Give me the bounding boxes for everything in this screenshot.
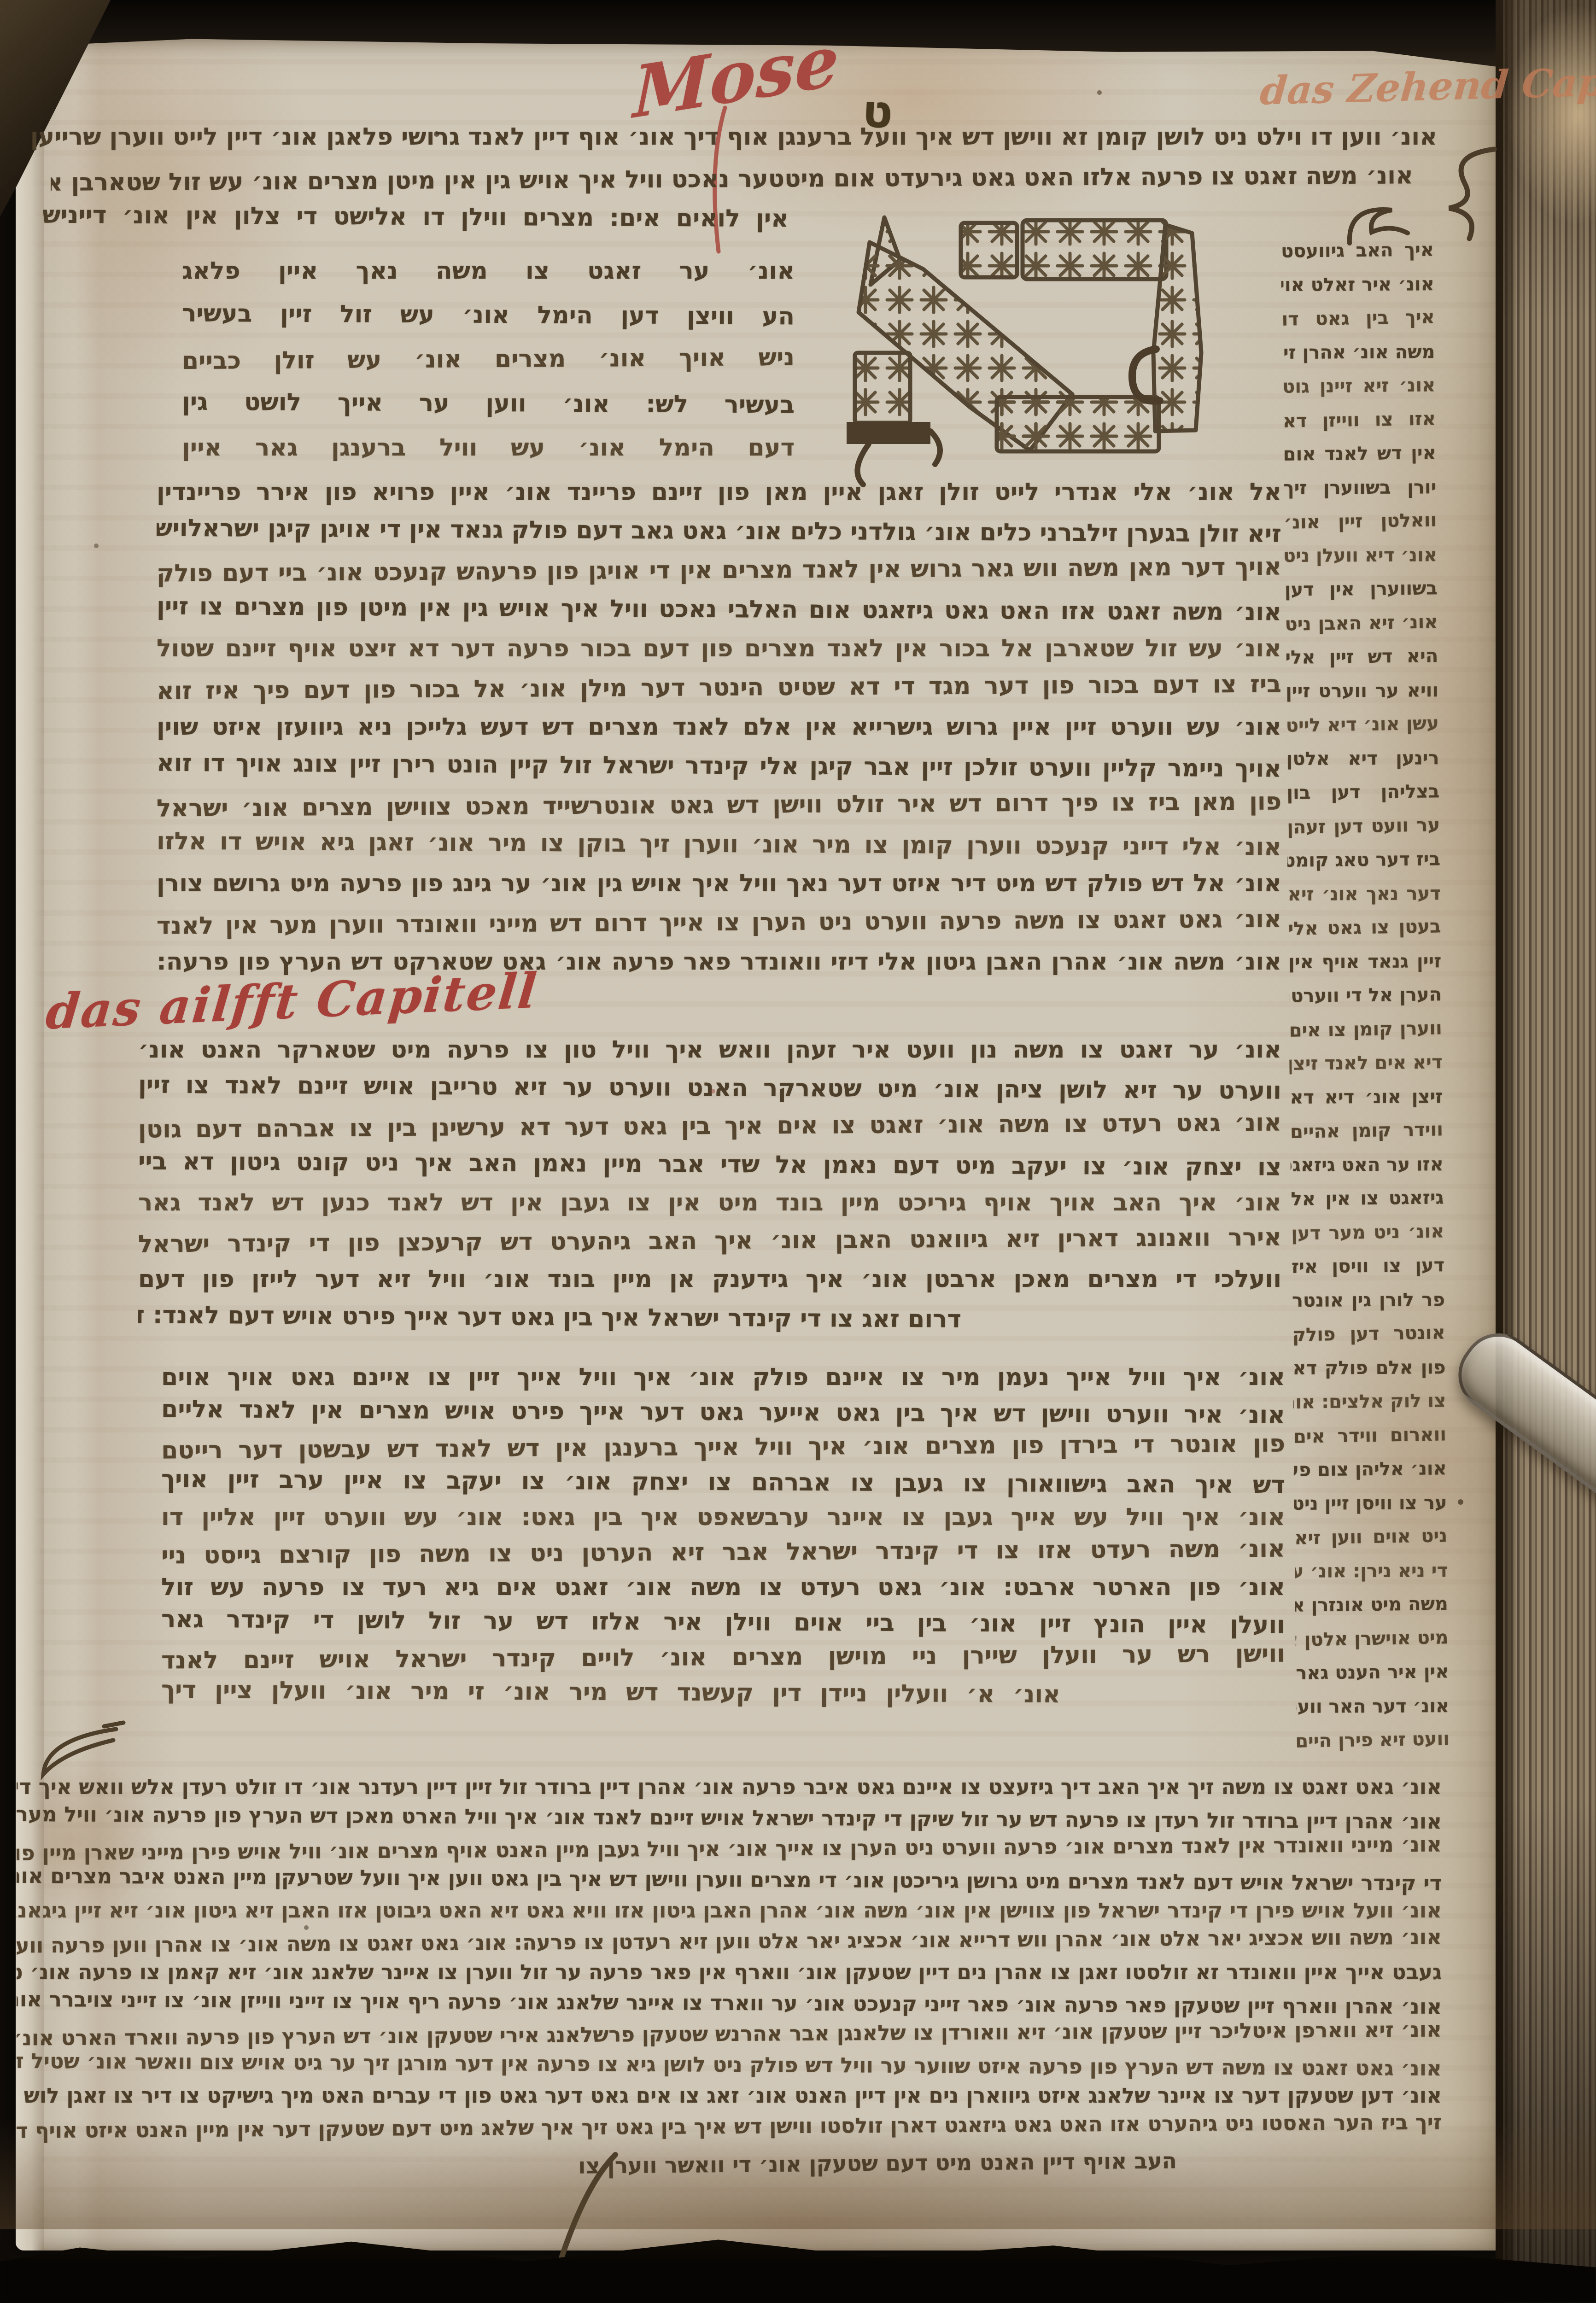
text-line: פון מאן ביז צו פיך דרום דש איר זולט וויש… xyxy=(157,783,1281,829)
text-line: בשווערן אין דען xyxy=(1284,572,1438,607)
text-line: זיין גנאד אויף אין xyxy=(1288,945,1441,979)
text-line: אונ׳ איך וויל אייך נעמן מיר צו איינם פול… xyxy=(161,1360,1285,1395)
text-line: אונ׳ וועל אויש פירן די קינדר ישראל פון צ… xyxy=(17,1895,1442,1926)
running-title: das Zehend Cap xyxy=(1258,59,1596,114)
text-line: אונ׳ א׳ וועלין ניידן דין קעשנד דש מיר או… xyxy=(161,1672,1060,1712)
text-line: אונ׳ משה זאגט אזו האט גאט גיזאגט אום האל… xyxy=(157,587,1281,632)
third-text-block: אונ׳ ער זאגט צו משה נון וועט איר זעהן וו… xyxy=(138,1031,1281,1337)
text-line: אונ׳ פון הארטר ארבט: אונ׳ גאט רעדט צו מש… xyxy=(161,1570,1285,1605)
opening-line: אין לואים אים: מצרים ווילן דו אלישט די צ… xyxy=(42,197,789,237)
text-line: אזו ער האט גיזאגט xyxy=(1291,1148,1444,1182)
book-foreedge xyxy=(1496,0,1596,2303)
text-line: אונ׳ ניט מער דען xyxy=(1291,1215,1444,1251)
closing-line: העב אויף דיין האנט מיט דעם שטעקן אונ׳ די… xyxy=(573,2145,1177,2183)
text-line: אונ׳ איך וויל עש אייך געבן צו איינר ערבש… xyxy=(161,1500,1285,1535)
text-line: אונ׳ גאט רעדט צו משה אונ׳ זאגט צו אים אי… xyxy=(138,1104,1281,1149)
text-line: מיט אוישרן אלטן צו xyxy=(1295,1621,1449,1657)
text-line: פון אלם פולק דא xyxy=(1292,1351,1445,1385)
manuscript-photo: { "headings": { "latin_gloss": "Mose", "… xyxy=(0,0,1596,2303)
text-line: וועט זיא פירן היים xyxy=(1296,1722,1450,1759)
margin-notes-column: איך האב גיוועסטאונ׳ איר זאלט אויךאיך בין… xyxy=(1281,233,1450,1758)
text-line: זיא זולן בגערן זילברני כלים אונ׳ גולדני … xyxy=(157,509,1281,554)
text-line: אונ׳ דיא וועלן ניט xyxy=(1284,538,1437,573)
text-line: משה אונ׳ אהרן זיא xyxy=(1282,335,1435,370)
text-line: וואלטן זיין אונ׳ xyxy=(1284,503,1437,540)
text-line: אונ׳ משה ווש אכציג יאר אלט אונ׳ אהרן ווש… xyxy=(17,1922,1442,1961)
text-line: יורן בשווערן זיך xyxy=(1283,471,1436,505)
text-line: ווערט ער זיא לושן ציהן אונ׳ מיט שטארקר ה… xyxy=(138,1066,1281,1111)
text-line: אונ׳ איך האב אויך אויף גיריכט מיין בונד … xyxy=(138,1184,1281,1222)
text-line: געבט אייך איין וואונדר זא זולסטו זאגן צו… xyxy=(17,1957,1442,1987)
text-line: אונ׳ אל דש פולק דש מיט דיר איזט דער נאך … xyxy=(157,864,1281,903)
text-line: דער נאך אונ׳ זיא xyxy=(1288,877,1441,912)
text-line: ווארום ווידר אים xyxy=(1293,1418,1446,1454)
bottom-text-block: אונ׳ גאט זאגט צו משה זיך איך האב דיך גיז… xyxy=(17,1771,1442,2142)
text-line: אויך ניימר קליין ווערט זולכן זיין אבר קי… xyxy=(157,744,1281,789)
text-line: דיא אים לאנד זיצן xyxy=(1289,1046,1443,1081)
text-line: ביז דער טאג קומט xyxy=(1287,842,1441,878)
fourth-text-block: אונ׳ איך וויל אייך נעמן מיר צו איינם פול… xyxy=(161,1360,1285,1710)
text-line: אונ׳ עש ווערט זיין איין גרוש גישרייא אין… xyxy=(157,707,1281,747)
text-line: אין דש לאנד אום xyxy=(1283,436,1436,472)
text-line: בצליהן דען בון xyxy=(1286,775,1440,810)
ink-specks xyxy=(0,0,3,3)
text-line: אזו צו ווייזן דא xyxy=(1282,402,1436,438)
text-line: אל אונ׳ אלי אנדרי לייט זולן זאגן איין מא… xyxy=(157,473,1281,512)
text-line: דרום זאג צו די קינדר ישראל איך בין גאט ד… xyxy=(138,1296,961,1339)
text-line: היא דש זיין אלי xyxy=(1285,639,1438,675)
text-line: די ניא נירן: אונ׳ עש xyxy=(1295,1554,1448,1589)
text-line: די קינדר ישראל אויש דעם לאנד מצרים מיט ג… xyxy=(17,1860,1442,1899)
text-line: בעטן צו גאט אלי xyxy=(1288,910,1441,946)
text-line: וויא ער ווערט זיין xyxy=(1286,674,1438,708)
text-line: משה מיט אונזרן אלן xyxy=(1295,1587,1448,1623)
text-line: אונ׳ אלי דייני קנעכט ווערן קומן צו מיר א… xyxy=(157,822,1281,867)
text-line: ווערן קומן צו אים xyxy=(1289,1011,1442,1048)
text-line: אונ׳ ער זאגט צו משה נאך איין פלאג xyxy=(182,249,795,293)
text-line: אונ׳ משה רעדט אזו צו די קינדר ישראל אבר … xyxy=(161,1531,1285,1573)
text-line: ווידר קומן אהיים xyxy=(1290,1113,1443,1149)
text-line: אונ׳ אליהן צום פעלד xyxy=(1293,1452,1447,1487)
text-line: ניש אויך אונ׳ מצרים אונ׳ עש זולן כביים xyxy=(182,335,795,383)
text-line: פר לורן גין אונטר xyxy=(1292,1283,1445,1318)
text-line: אונ׳ איר זאלט אויך xyxy=(1281,268,1434,302)
opening-line: אונ׳ ווען דו וילט ניט לושן קומן זא ווישן… xyxy=(30,119,1437,155)
text-line: צו יצחק אונ׳ צו יעקב מיט דעם נאמן אל שדי… xyxy=(138,1143,1281,1187)
text-line: אונ׳ זיא זיינן גוט xyxy=(1282,368,1436,404)
text-line: צו לוק אלצים: אונ׳ xyxy=(1293,1384,1446,1420)
second-text-block: אל אונ׳ אלי אנדרי לייט זולן זאגן איין מא… xyxy=(157,473,1281,982)
text-line: ער צו וויסן זיין ניט xyxy=(1294,1486,1447,1521)
text-line: אונ׳ איר ווערט ווישן דש איך בין גאט אייע… xyxy=(161,1392,1285,1433)
text-line: אונ׳ גאט זאגט צו משה פרעה ווערט ניט הערן… xyxy=(157,900,1281,946)
text-line: אונ׳ עש זול שטארבן אל בכור אין לאנד מצרי… xyxy=(157,629,1281,668)
opening-line: אונ׳ משה זאגט צו פרעה אלזו האט גאט גירעד… xyxy=(51,158,1413,200)
text-line: הערן אל די ווערטר xyxy=(1289,978,1442,1013)
text-line: ביז צו דעם בכור פון דער מגד די דא שטיט ה… xyxy=(157,665,1281,711)
text-line: אויך דער מאן משה ווש גאר גרוש אין לאנד מ… xyxy=(157,548,1281,594)
text-line: אירר וואנונג דארין זיא גיוואנט האבן אונ׳… xyxy=(138,1218,1281,1263)
text-line: ווישן רש ער וועלן שיירן ניי מוישן מצרים … xyxy=(161,1637,1285,1678)
text-line: אונטר דען פולק xyxy=(1292,1316,1445,1352)
decorated-initial-aleph-icon xyxy=(814,215,1220,467)
text-line: אונ׳ משה אונ׳ אהרן האבן גיטון אלי דיזי ו… xyxy=(157,942,1281,982)
text-line: אונ׳ דער האר וועט xyxy=(1296,1689,1449,1724)
text-line: עשן אונ׳ דיא לייט xyxy=(1286,707,1439,743)
text-line: ער וועט דען זעהן xyxy=(1287,808,1440,845)
intro-bracket-flourish xyxy=(1421,146,1502,242)
text-line: דעם הימל אונ׳ עש וויל ברענגן גאר איין xyxy=(182,426,795,470)
text-line: רינען דיא אלטן xyxy=(1286,742,1439,776)
text-line: איך בין גאט דו xyxy=(1281,300,1435,337)
text-line: איך האב גיוועסט xyxy=(1281,233,1434,269)
text-line: אין איר הענט גאר xyxy=(1296,1655,1449,1690)
first-text-block: אונ׳ ער זאגט צו משה נאך איין פלאגהע וויצ… xyxy=(182,249,795,470)
text-line: אונ׳ ער זאגט צו משה נון וועט איר זעהן וו… xyxy=(138,1031,1281,1069)
text-line: הע וויצן דען הימל אונ׳ עש זול זיין בעשיר xyxy=(182,292,795,339)
text-line: דש איך האב גישוואורן צו געבן צו אברהם צו… xyxy=(161,1462,1285,1503)
text-line: אונ׳ גאט זאגט צו משה דש הערץ פון פרעה אי… xyxy=(17,2046,1442,2084)
text-line: גיזאגט צו אין אל xyxy=(1291,1181,1444,1216)
text-line: אונ׳ דען שטעקן דער צו איינר שלאנג איזט ג… xyxy=(17,2080,1442,2111)
text-line: וועלן איין הונץ זיין אונ׳ בין ביי אוים ו… xyxy=(161,1602,1285,1643)
text-line: בעשיר לש: אונ׳ ווען ער אייך לושט גין xyxy=(182,380,795,427)
text-line: ניט אוים ווען זיא xyxy=(1294,1519,1448,1555)
text-line: זיך ביז הער האסטו ניט גיהערט אזו האט גאט… xyxy=(17,2107,1442,2146)
text-line: אונ׳ גאט זאגט צו משה זיך איך האב דיך גיז… xyxy=(17,1771,1442,1802)
text-line: זיצן אונ׳ דיא דא xyxy=(1290,1080,1443,1115)
text-line: וועלכי די מצרים מאכן ארבטן אונ׳ איך גידע… xyxy=(138,1260,1281,1298)
text-line: דען צו וויסן איז xyxy=(1292,1249,1445,1284)
text-line: פון אונטר די בירדן פון מצרים אונ׳ איך וו… xyxy=(161,1426,1285,1468)
text-line: אונ׳ זיא האבן ניט xyxy=(1285,605,1438,642)
